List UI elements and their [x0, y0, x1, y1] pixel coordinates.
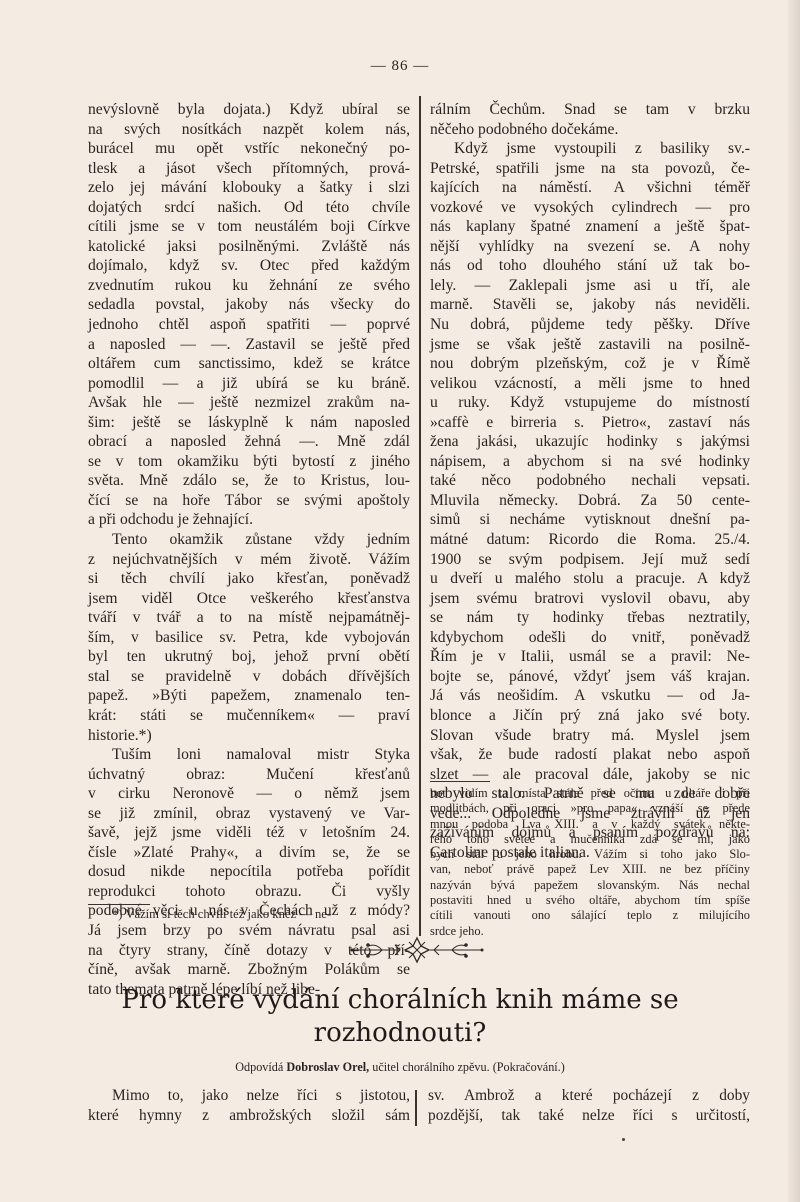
text-line: u ruky. Když vstupujeme do místností — [430, 393, 750, 413]
text-line: Mluvila německy. Dobrá. Za 50 cente- — [430, 491, 750, 511]
paragraph-continued: rálním Čechům. Snad se tam v brzkuněčeho… — [430, 100, 750, 139]
article-body-right: sv. Ambrož a které pocházejí z doby pozd… — [428, 1086, 750, 1126]
text-line: nás kaplany špatné znamení a ještě špat- — [430, 217, 750, 237]
text-line: blonce a Jičín prý zná jako své boty. — [430, 706, 750, 726]
page-number: — 86 — — [0, 58, 800, 75]
text-line: dojatých srdcí našich. Od této chvíle — [88, 198, 410, 218]
text-line: nější vyhlídky na svezení se. A nohy — [430, 237, 750, 257]
text-line: nou dobrým plzeňským, což je v Římě — [430, 354, 750, 374]
text-line: dojímalo, když sv. Otec před každým — [88, 256, 410, 276]
text-line: jsem svému bratrovi vyslovil obavu, aby — [430, 589, 750, 609]
text-line: Já vás neošidím. A vskutku — od Ja- — [430, 686, 750, 706]
footnote-divider-right — [430, 781, 490, 782]
text-line: šim: ještě se láskyplně k nám naposled — [88, 413, 410, 433]
text-line: nevýslovně byla dojata.) Když ubíral se — [88, 100, 410, 120]
text-line: Když jsme vystoupili z basiliky sv.- — [430, 139, 750, 159]
text-line: oltářem cum sanctissimo, kdež se krátce — [88, 354, 410, 374]
text-line: rálním Čechům. Snad se tam v brzku — [430, 100, 750, 120]
text-line: Petrské, spatřili jsme na sta povozů, če… — [430, 159, 750, 179]
text-line: Řím je v Italii, usmál se a pravil: Ne- — [430, 647, 750, 667]
right-column: rálním Čechům. Snad se tam v brzkuněčeho… — [430, 100, 750, 862]
text-line: papež. »Býti papežem, znamenalo ten- — [88, 686, 410, 706]
footnote-left: *) Vážím si těch chvílí též jako kněz — … — [88, 907, 410, 922]
text-line: dosud nikde nepocítila potřeba pořídit — [88, 862, 410, 882]
text-line: něčeho podobného dočekáme. — [430, 120, 750, 140]
text-line: žena jakási, ukazujíc hodinky s jakýmsi — [430, 432, 750, 452]
text-line: cítili vanouti ono sálající teplo z milu… — [430, 908, 750, 923]
text-line: u dveří u malého stolu a pracuje. A když — [430, 569, 750, 589]
article-line: které hymny z ambrožských složil sám — [88, 1106, 410, 1126]
byline-suffix: učitel chorálního zpěvu. (Pokračování.) — [372, 1060, 565, 1074]
text-line: na svých nosítkách nazpět kolem nás, — [88, 120, 410, 140]
text-line: Nu dobrá, půjdeme tedy pěšky. Dříve — [430, 315, 750, 335]
text-line: reprodukci tohoto obrazu. Či vyšly — [88, 882, 410, 902]
text-line: se nám ty hodinky třebas neztratily, — [430, 608, 750, 628]
text-line: šavě, jejž jsme viděli též v letošním 24… — [88, 823, 410, 843]
text-line: marně. Stavěli se, jakoby nás neviděli. — [430, 295, 750, 315]
text-line: tváří v tvář a to na místě nejpamátněj- — [88, 608, 410, 628]
footnote-divider — [88, 904, 150, 905]
text-line: jsme se však ještě zastavili na posilně- — [430, 335, 750, 355]
text-line: také něco podobného nechali vepsati. — [430, 471, 750, 491]
text-line: mnou podoba Lva XIII. a v každý svátek n… — [430, 817, 750, 832]
text-line: postaviti hned u svého oltáře, abychom t… — [430, 893, 750, 908]
text-line: zvednutím rukou ku žehnání ze svého — [88, 276, 410, 296]
text-line: bych stál u jeho hrobu. Vážím si toho ja… — [430, 847, 750, 862]
text-line: však, že bude radostí plakat nebo aspoň — [430, 745, 750, 765]
text-line: obrací a naposled žehná —. Mně zdál — [88, 432, 410, 452]
article-line: sv. Ambrož a které pocházejí z doby — [428, 1086, 750, 1106]
byline-author: Dobroslav Orel, — [286, 1060, 369, 1074]
text-line: kajících na náměstí. A všichni téměř — [430, 178, 750, 198]
text-line: nápisem, a abychom si na své hodinky — [430, 452, 750, 472]
text-line: pomodlil — a již ubírá se ku bráně. — [88, 374, 410, 394]
paragraph-rome-visit: Když jsme vystoupili z basiliky sv.-Petr… — [430, 139, 750, 862]
text-line: kdybychom odešli do vnitř, poněvadž — [430, 628, 750, 648]
article-line: Mimo to, jako nelze říci s jistotou, — [88, 1086, 410, 1106]
text-line: katolické jaksi posilněnými. Zvláště nás — [88, 237, 410, 257]
text-line: »caffè e birreria s. Pietro«, zastaví ná… — [430, 413, 750, 433]
text-line: van, neboť právě papež Lev XIII. ne bez … — [430, 862, 750, 877]
text-line: cítili jsme se v tom neustálém boji Círk… — [88, 217, 410, 237]
left-column: nevýslovně byla dojata.) Když ubíral sen… — [88, 100, 410, 999]
text-line: Tuším loni namaloval mistr Styka — [88, 745, 410, 765]
footnote-right: boť vidím ta místa stále před očima u ol… — [430, 786, 750, 939]
text-line: nás od toho dlouhého stání už tak bo- — [430, 256, 750, 276]
paragraph-2: Tento okamžik zůstane vždy jednímz nejúc… — [88, 530, 410, 745]
fleuron-divider-icon — [0, 935, 800, 965]
text-line: historie.*) — [88, 726, 410, 746]
text-line: z nejúchvatnějších v mém životě. Vážím — [88, 550, 410, 570]
column-divider — [419, 96, 421, 936]
text-line: ším, v basilice sv. Petra, kde vybojován — [88, 628, 410, 648]
paragraph-1: nevýslovně byla dojata.) Když ubíral sen… — [88, 100, 410, 530]
text-line: burácel mu opět vstříc nekonečný po- — [88, 139, 410, 159]
article-title: Pro které vydání chorálních knih máme se… — [0, 984, 800, 1050]
text-line: si těch chvílí jako křesťan, poněvadž — [88, 569, 410, 589]
text-line: nazýván bývá papežem slovanským. Nás nec… — [430, 878, 750, 893]
text-line: bojte se, pánové, vždyť jsem váš krajan. — [430, 667, 750, 687]
text-line: v cirku Neronově — o němž jsem — [88, 784, 410, 804]
byline-prefix: Odpovídá — [235, 1060, 283, 1074]
text-line: a naposled — —. Zastavil se ještě před — [88, 335, 410, 355]
text-line: velikou vzácností, a měli jsme to hned — [430, 374, 750, 394]
text-line: boť vidím ta místa stále před očima u ol… — [430, 786, 750, 801]
text-line: zelo jej mávání klobouky a šatky i slzi — [88, 178, 410, 198]
text-line: úchvatný obraz: Mučení křesťanů — [88, 765, 410, 785]
text-line: čísle »Zlaté Prahy«, a divím se, že se — [88, 843, 410, 863]
text-line: Avšak hle — ještě nezmizel zrakům na- — [88, 393, 410, 413]
article-line: pozdější, tak také nelze říci s určitost… — [428, 1106, 750, 1126]
text-line: byl ten ukrutný boj, jehož první obětí — [88, 647, 410, 667]
text-line: tlesk a jásot všech přítomných, prová- — [88, 159, 410, 179]
article-title-line-1: Pro které vydání chorálních knih máme se — [0, 984, 800, 1017]
text-line: rého toho světce a mučenníka zdá se mi, … — [430, 832, 750, 847]
text-line: Tento okamžik zůstane vždy jedním — [88, 530, 410, 550]
text-line: sedadla povstal, jakoby nás všecky do — [88, 295, 410, 315]
text-line: jsem viděl Otce veškerého křesťanstva — [88, 589, 410, 609]
text-line: modlitbách, při oraci »pro papa« vznáší … — [430, 801, 750, 816]
text-line: světa. Mně zdálo se, že to Kristus, lou- — [88, 471, 410, 491]
article-column-divider — [415, 1090, 417, 1126]
text-line: se již zmínil, obraz vystavený ve Var- — [88, 804, 410, 824]
text-line: čící se na hoře Tábor se svými apoštoly — [88, 491, 410, 511]
text-line: Slovan všude bratry má. Myslel jsem — [430, 726, 750, 746]
text-line: jednoho chtěl aspoň spatřiti — poprvé — [88, 315, 410, 335]
text-line: a při odchodu je žehnající. — [88, 510, 410, 530]
article-byline: Odpovídá Dobroslav Orel, učitel chorální… — [0, 1060, 800, 1075]
text-line: stal se pravidelně v dobách dřívějších — [88, 667, 410, 687]
article-title-line-2: rozhodnouti? — [0, 1017, 800, 1050]
article-body-left: Mimo to, jako nelze říci s jistotou, kte… — [88, 1086, 410, 1126]
ink-speck — [622, 1138, 625, 1141]
text-line: mátné datum: Ricordo die Roma. 25./4. — [430, 530, 750, 550]
text-line: krát: státi se mučenníkem« — praví — [88, 706, 410, 726]
text-line: vozkové ve vysokých cylindrech — pro — [430, 198, 750, 218]
text-line: 1900 se svým podpisem. Její muž sedí — [430, 550, 750, 570]
text-line: simů si necháme vytisknout dnešní pa- — [430, 510, 750, 530]
text-line: lely. — Zaklepali jsme asi u tří, ale — [430, 276, 750, 296]
text-line: se v tom okamžiku býti bytostí z jiného — [88, 452, 410, 472]
